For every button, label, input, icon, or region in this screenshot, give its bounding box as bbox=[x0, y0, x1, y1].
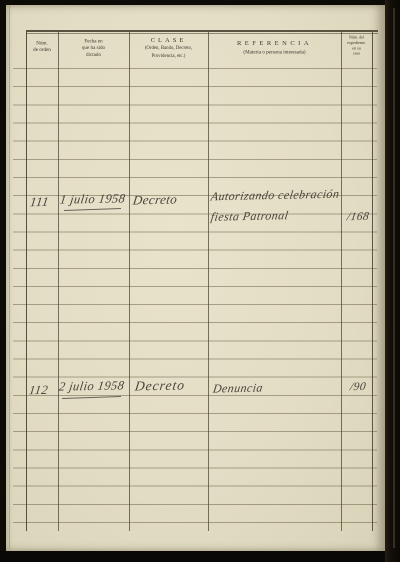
entry-112-num-orden: 112 bbox=[28, 383, 49, 398]
header-clase-title: CLASE bbox=[129, 37, 208, 45]
header-clase-sub-line2: Providencia, etc.) bbox=[137, 54, 200, 60]
entry-111-num-expediente: /168 bbox=[346, 211, 370, 223]
scan-border-top bbox=[0, 0, 400, 5]
column-divider-3 bbox=[208, 32, 209, 531]
column-divider-2 bbox=[129, 32, 130, 531]
header-fecha-line3: dictado bbox=[63, 52, 123, 59]
entry-111-fecha: 1 julio 1958 bbox=[59, 191, 126, 207]
entry-111-referencia-line1: Autorizando celebración bbox=[210, 187, 341, 205]
entry-111-num-orden: 111 bbox=[29, 194, 50, 210]
scanned-ledger-page: Núm. de orden Fecha en que ha sido dicta… bbox=[0, 0, 400, 562]
header-num-orden-line2: de orden bbox=[28, 48, 55, 55]
header-clase: CLASE (Orden, Bando, Decreto, Providenci… bbox=[129, 37, 208, 62]
horizontal-ruled-lines bbox=[13, 68, 377, 524]
header-num-expediente: Núm. del expediente, en su caso bbox=[346, 35, 367, 57]
header-num-expediente-line4: caso bbox=[346, 52, 367, 58]
entry-111-clase: Decreto bbox=[132, 192, 179, 209]
entry-112-referencia-line1: Denuncia bbox=[212, 380, 264, 396]
header-referencia-title: REFERENCIA bbox=[208, 40, 341, 48]
entry-112-clase: Decreto bbox=[134, 377, 186, 394]
entry-112-fecha: 2 julio 1958 bbox=[58, 378, 125, 394]
table-right-border bbox=[372, 32, 373, 531]
entry-111-referencia-line2: fiesta Patronal bbox=[210, 208, 290, 225]
column-divider-1 bbox=[58, 32, 59, 531]
header-clase-sub-line1: (Orden, Bando, Decreto, bbox=[137, 46, 200, 52]
scan-border-left bbox=[0, 0, 6, 562]
header-num-orden: Núm. de orden bbox=[28, 41, 55, 54]
scan-border-bottom bbox=[0, 551, 400, 562]
gutter-page-edge-streak bbox=[393, 8, 395, 548]
header-num-orden-line1: Núm. bbox=[28, 41, 55, 48]
column-divider-4 bbox=[341, 32, 342, 531]
header-referencia-sub: (Materia o persona interesada) bbox=[218, 50, 331, 57]
header-fecha-line1: Fecha en bbox=[63, 39, 123, 46]
header-referencia: REFERENCIA (Materia o persona interesada… bbox=[208, 40, 341, 58]
table-top-border bbox=[26, 30, 378, 34]
table-left-border bbox=[26, 32, 27, 531]
header-fecha: Fecha en que ha sido dictado bbox=[63, 39, 123, 59]
header-fecha-line2: que ha sido bbox=[63, 46, 123, 53]
left-page-edge-line bbox=[9, 6, 10, 549]
entry-112-num-expediente: /90 bbox=[349, 381, 367, 393]
